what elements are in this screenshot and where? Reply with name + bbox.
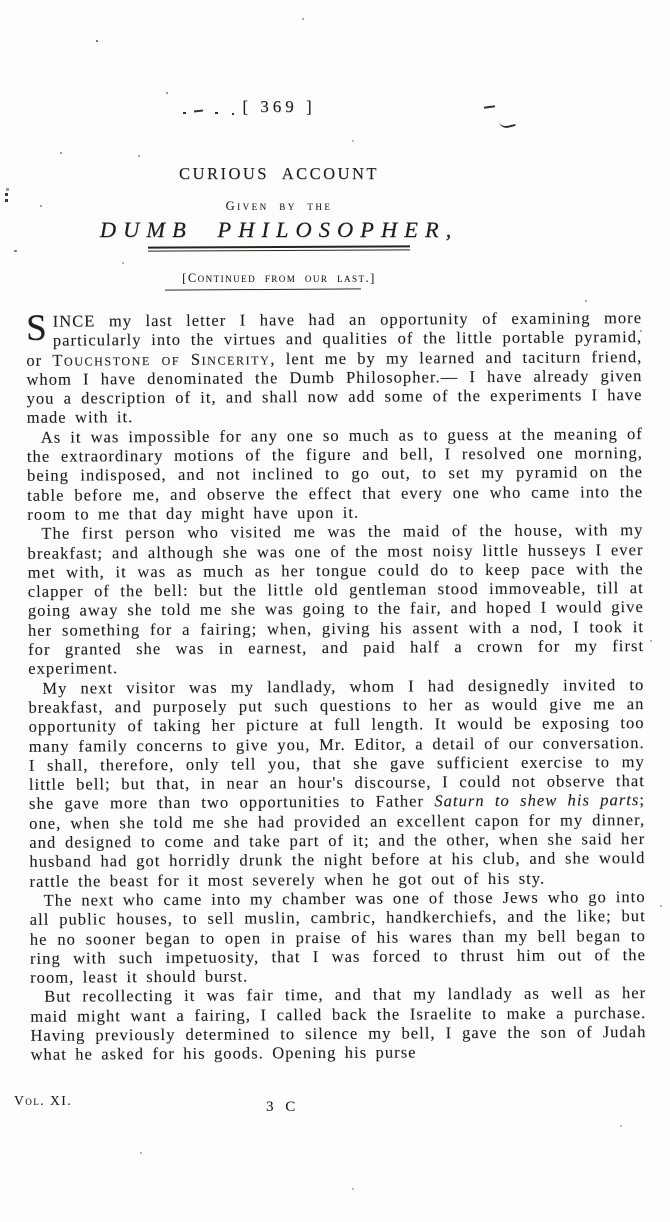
paragraph-5: The next who came into my chamber was on… <box>30 887 647 987</box>
volume-label: Vol. XI. <box>14 1093 72 1109</box>
article-title: CURIOUS ACCOUNT <box>0 164 558 184</box>
signature-mark: 3 C <box>266 1099 299 1116</box>
scan-speckle <box>650 640 652 642</box>
drop-cap: S <box>26 312 53 344</box>
article-main-title: DUMB PHILOSOPHER, <box>0 217 558 243</box>
smallcaps-phrase: Touchstone of Sincerity <box>52 349 270 369</box>
scan-speckle <box>352 1188 354 1190</box>
italic-phrase: Saturn to shew his parts <box>434 790 639 810</box>
scan-speckle <box>620 1125 622 1127</box>
scan-speckle <box>140 1152 142 1154</box>
paragraph-6: But recollecting it was fair time, and t… <box>30 983 646 1064</box>
paragraph-text: But recollecting it was fair time, and t… <box>30 983 646 1064</box>
paragraph-3: The first person who visited me was the … <box>27 520 644 678</box>
scan-speckle <box>660 905 662 907</box>
page-number: [ 369 ] <box>0 0 558 117</box>
paragraph-text: The next who came into my chamber was on… <box>30 887 646 987</box>
paragraph-text: The first person who visited me was the … <box>27 520 644 678</box>
continuation-rule <box>165 288 361 290</box>
paragraph-1: SINCE my last letter I have had an oppor… <box>26 308 643 428</box>
continuation-note: [Continued from our last.] <box>0 271 558 286</box>
scanned-document-page: [ 369 ] CURIOUS ACCOUNT Given by the DUM… <box>0 0 670 1222</box>
paragraph-2: As it was impossible for any one so much… <box>27 424 644 524</box>
title-rule <box>148 245 410 251</box>
scan-speckle <box>585 300 587 302</box>
article-body: SINCE my last letter I have had an oppor… <box>26 308 647 1064</box>
paragraph-text: As it was impossible for any one so much… <box>27 424 643 524</box>
article-subtitle: Given by the <box>0 199 558 214</box>
paragraph-4: My next visitor was my landlady, whom I … <box>28 675 645 891</box>
article-header: [ 369 ] CURIOUS ACCOUNT Given by the DUM… <box>0 0 558 290</box>
